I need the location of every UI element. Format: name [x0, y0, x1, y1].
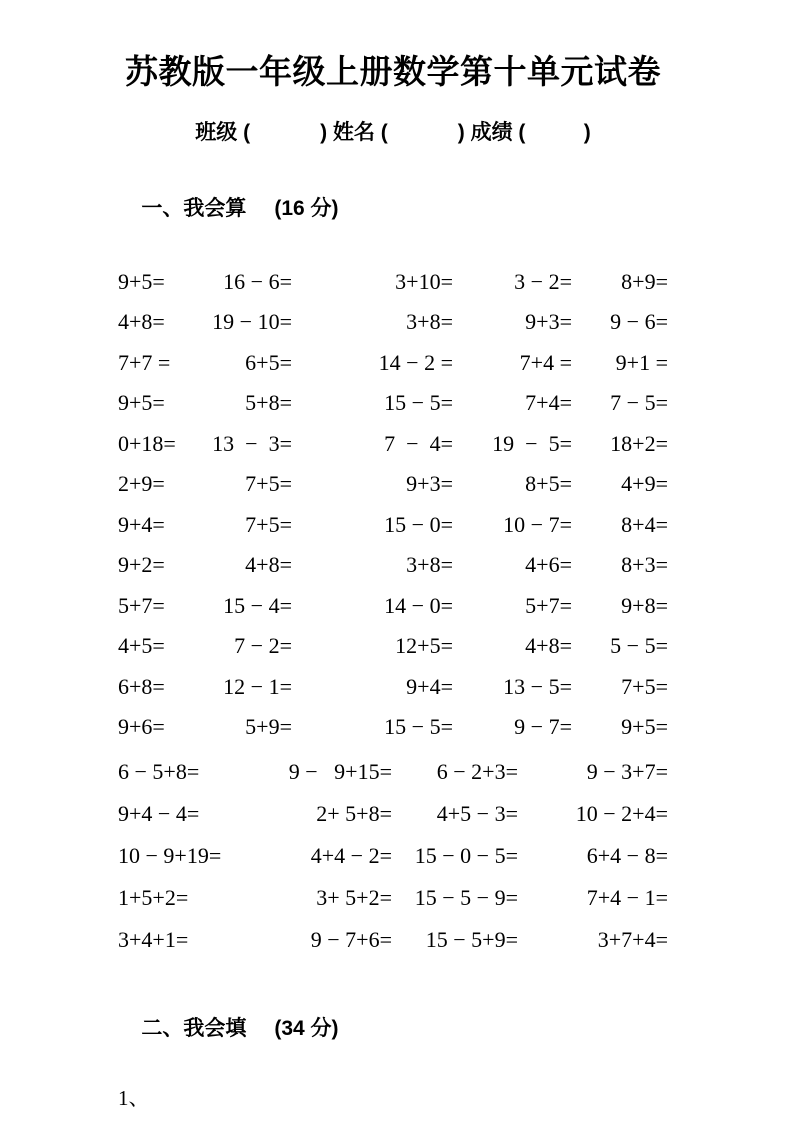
problem-row: 6 − 5+8=9 − 9+15=6 − 2+3=9 − 3+7=: [118, 752, 668, 794]
problem-expression: 15 − 0 − 5=: [392, 845, 518, 867]
section-2-heading: 二、我会填(34 分): [118, 988, 668, 1066]
problem-expression: 15 − 5=: [292, 716, 453, 738]
problem-expression: 9 − 7+6=: [208, 929, 392, 951]
problem-expression: 7+4 − 1=: [518, 887, 668, 909]
problem-expression: 5+7=: [118, 595, 208, 617]
section-2-points: (34 分): [274, 1017, 338, 1040]
problem-expression: 5 − 5=: [572, 635, 668, 657]
problem-expression: 9+4=: [118, 514, 208, 536]
problem-row: 5+7=15 − 4=14 − 0=5+7=9+8=: [118, 586, 668, 627]
problem-expression: 2+ 5+8=: [208, 803, 392, 825]
problem-expression: 3+8=: [292, 554, 453, 576]
problem-expression: 9+6=: [118, 716, 208, 738]
problem-expression: 6+4 − 8=: [518, 845, 668, 867]
problem-expression: 14 − 0=: [292, 595, 453, 617]
problem-expression: 10 − 7=: [453, 514, 572, 536]
problem-expression: 8+9=: [572, 271, 668, 293]
question-1-marker: 1、: [118, 1082, 668, 1112]
problem-expression: 15 − 0=: [292, 514, 453, 536]
problem-expression: 16 − 6=: [208, 271, 292, 293]
problem-expression: 6 − 2+3=: [392, 761, 518, 783]
problem-expression: 3+7+4=: [518, 929, 668, 951]
problem-expression: 6+8=: [118, 676, 208, 698]
problem-row: 7+7 =6+5=14 − 2 =7+4 =9+1 =: [118, 343, 668, 384]
page-title: 苏教版一年级上册数学第十单元试卷: [118, 52, 668, 92]
problem-expression: 9+3=: [292, 473, 453, 495]
problems-grid-5col: 9+5=16 − 6=3+10=3 − 2=8+9=4+8=19 − 10=3+…: [118, 262, 668, 748]
problem-expression: 3 − 2=: [453, 271, 572, 293]
problem-expression: 12 − 1=: [208, 676, 292, 698]
problem-expression: 13 − 5=: [453, 676, 572, 698]
problem-expression: 5+9=: [208, 716, 292, 738]
problem-expression: 19 − 5=: [453, 433, 572, 455]
problem-expression: 4+6=: [453, 554, 572, 576]
problem-expression: 5+7=: [453, 595, 572, 617]
problem-expression: 9 − 9+15=: [208, 761, 392, 783]
problem-expression: 4+9=: [572, 473, 668, 495]
section-1-points: (16 分): [274, 197, 338, 220]
problem-expression: 0+18=: [118, 433, 208, 455]
problem-expression: 12+5=: [292, 635, 453, 657]
problem-expression: 9+5=: [572, 716, 668, 738]
problem-expression: 9+5=: [118, 271, 208, 293]
problem-row: 9+4=7+5=15 − 0=10 − 7=8+4=: [118, 505, 668, 546]
problem-row: 3+4+1=9 − 7+6=15 − 5+9=3+7+4=: [118, 919, 668, 961]
problem-expression: 8+5=: [453, 473, 572, 495]
problem-expression: 9 − 3+7=: [518, 761, 668, 783]
problem-expression: 9+4 − 4=: [118, 803, 208, 825]
problem-expression: 1+5+2=: [118, 887, 208, 909]
problem-row: 4+5=7 − 2=12+5=4+8=5 − 5=: [118, 626, 668, 667]
section-1-label: 一、我会算: [141, 197, 246, 220]
problem-row: 9+4 − 4=2+ 5+8=4+5 − 3=10 − 2+4=: [118, 793, 668, 835]
problem-expression: 18+2=: [572, 433, 668, 455]
student-info-line: 班级 ( ) 姓名 ( ) 成绩 ( ): [118, 116, 668, 146]
problem-expression: 5+8=: [208, 392, 292, 414]
problem-row: 9+5=5+8=15 − 5=7+4=7 − 5=: [118, 383, 668, 424]
problem-expression: 4+8=: [118, 311, 208, 333]
problem-expression: 15 − 5=: [292, 392, 453, 414]
problem-row: 9+2=4+8=3+8=4+6=8+3=: [118, 545, 668, 586]
section-1-heading: 一、我会算(16 分): [118, 168, 668, 246]
problem-expression: 9+1 =: [572, 352, 668, 374]
problem-expression: 7 − 5=: [572, 392, 668, 414]
problem-expression: 8+3=: [572, 554, 668, 576]
problem-row: 9+5=16 − 6=3+10=3 − 2=8+9=: [118, 262, 668, 303]
problems-grid-4col: 6 − 5+8=9 − 9+15=6 − 2+3=9 − 3+7=9+4 − 4…: [118, 752, 668, 961]
problem-expression: 7+4 =: [453, 352, 572, 374]
problem-row: 9+6=5+9=15 − 5=9 − 7=9+5=: [118, 707, 668, 748]
problem-expression: 8+4=: [572, 514, 668, 536]
problem-row: 6+8=12 − 1=9+4=13 − 5=7+5=: [118, 667, 668, 708]
problem-expression: 9+3=: [453, 311, 572, 333]
problem-expression: 9 − 6=: [572, 311, 668, 333]
problem-row: 1+5+2=3+ 5+2=15 − 5 − 9=7+4 − 1=: [118, 877, 668, 919]
problem-expression: 3+4+1=: [118, 929, 208, 951]
problem-expression: 2+9=: [118, 473, 208, 495]
problem-expression: 4+5=: [118, 635, 208, 657]
problem-expression: 10 − 9+19=: [118, 845, 208, 867]
section-2-label: 二、我会填: [141, 1017, 246, 1040]
problem-expression: 7+5=: [208, 473, 292, 495]
problem-expression: 15 − 4=: [208, 595, 292, 617]
problem-row: 10 − 9+19=4+4 − 2=15 − 0 − 5=6+4 − 8=: [118, 835, 668, 877]
problem-expression: 6+5=: [208, 352, 292, 374]
problem-expression: 7 − 4=: [292, 433, 453, 455]
problem-expression: 14 − 2 =: [292, 352, 453, 374]
problem-expression: 9+4=: [292, 676, 453, 698]
problem-expression: 13 − 3=: [208, 433, 292, 455]
problem-expression: 4+8=: [453, 635, 572, 657]
problem-row: 0+18=13 − 3=7 − 4=19 − 5=18+2=: [118, 424, 668, 465]
problem-expression: 3+ 5+2=: [208, 887, 392, 909]
problem-expression: 15 − 5 − 9=: [392, 887, 518, 909]
problem-expression: 9 − 7=: [453, 716, 572, 738]
problem-expression: 4+8=: [208, 554, 292, 576]
problem-expression: 9+5=: [118, 392, 208, 414]
problem-expression: 7+5=: [208, 514, 292, 536]
problem-expression: 9+8=: [572, 595, 668, 617]
problem-expression: 15 − 5+9=: [392, 929, 518, 951]
problem-expression: 7+5=: [572, 676, 668, 698]
problem-expression: 7 − 2=: [208, 635, 292, 657]
problem-expression: 3+8=: [292, 311, 453, 333]
problem-expression: 4+5 − 3=: [392, 803, 518, 825]
problem-expression: 19 − 10=: [208, 311, 292, 333]
problem-row: 4+8=19 − 10=3+8=9+3=9 − 6=: [118, 302, 668, 343]
worksheet-page: 苏教版一年级上册数学第十单元试卷 班级 ( ) 姓名 ( ) 成绩 ( ) 一、…: [0, 0, 793, 1122]
problem-expression: 6 − 5+8=: [118, 761, 208, 783]
problem-expression: 7+7 =: [118, 352, 208, 374]
problem-expression: 3+10=: [292, 271, 453, 293]
problem-expression: 7+4=: [453, 392, 572, 414]
problem-expression: 9+2=: [118, 554, 208, 576]
problem-row: 2+9=7+5=9+3=8+5=4+9=: [118, 464, 668, 505]
problem-expression: 4+4 − 2=: [208, 845, 392, 867]
problem-expression: 10 − 2+4=: [518, 803, 668, 825]
